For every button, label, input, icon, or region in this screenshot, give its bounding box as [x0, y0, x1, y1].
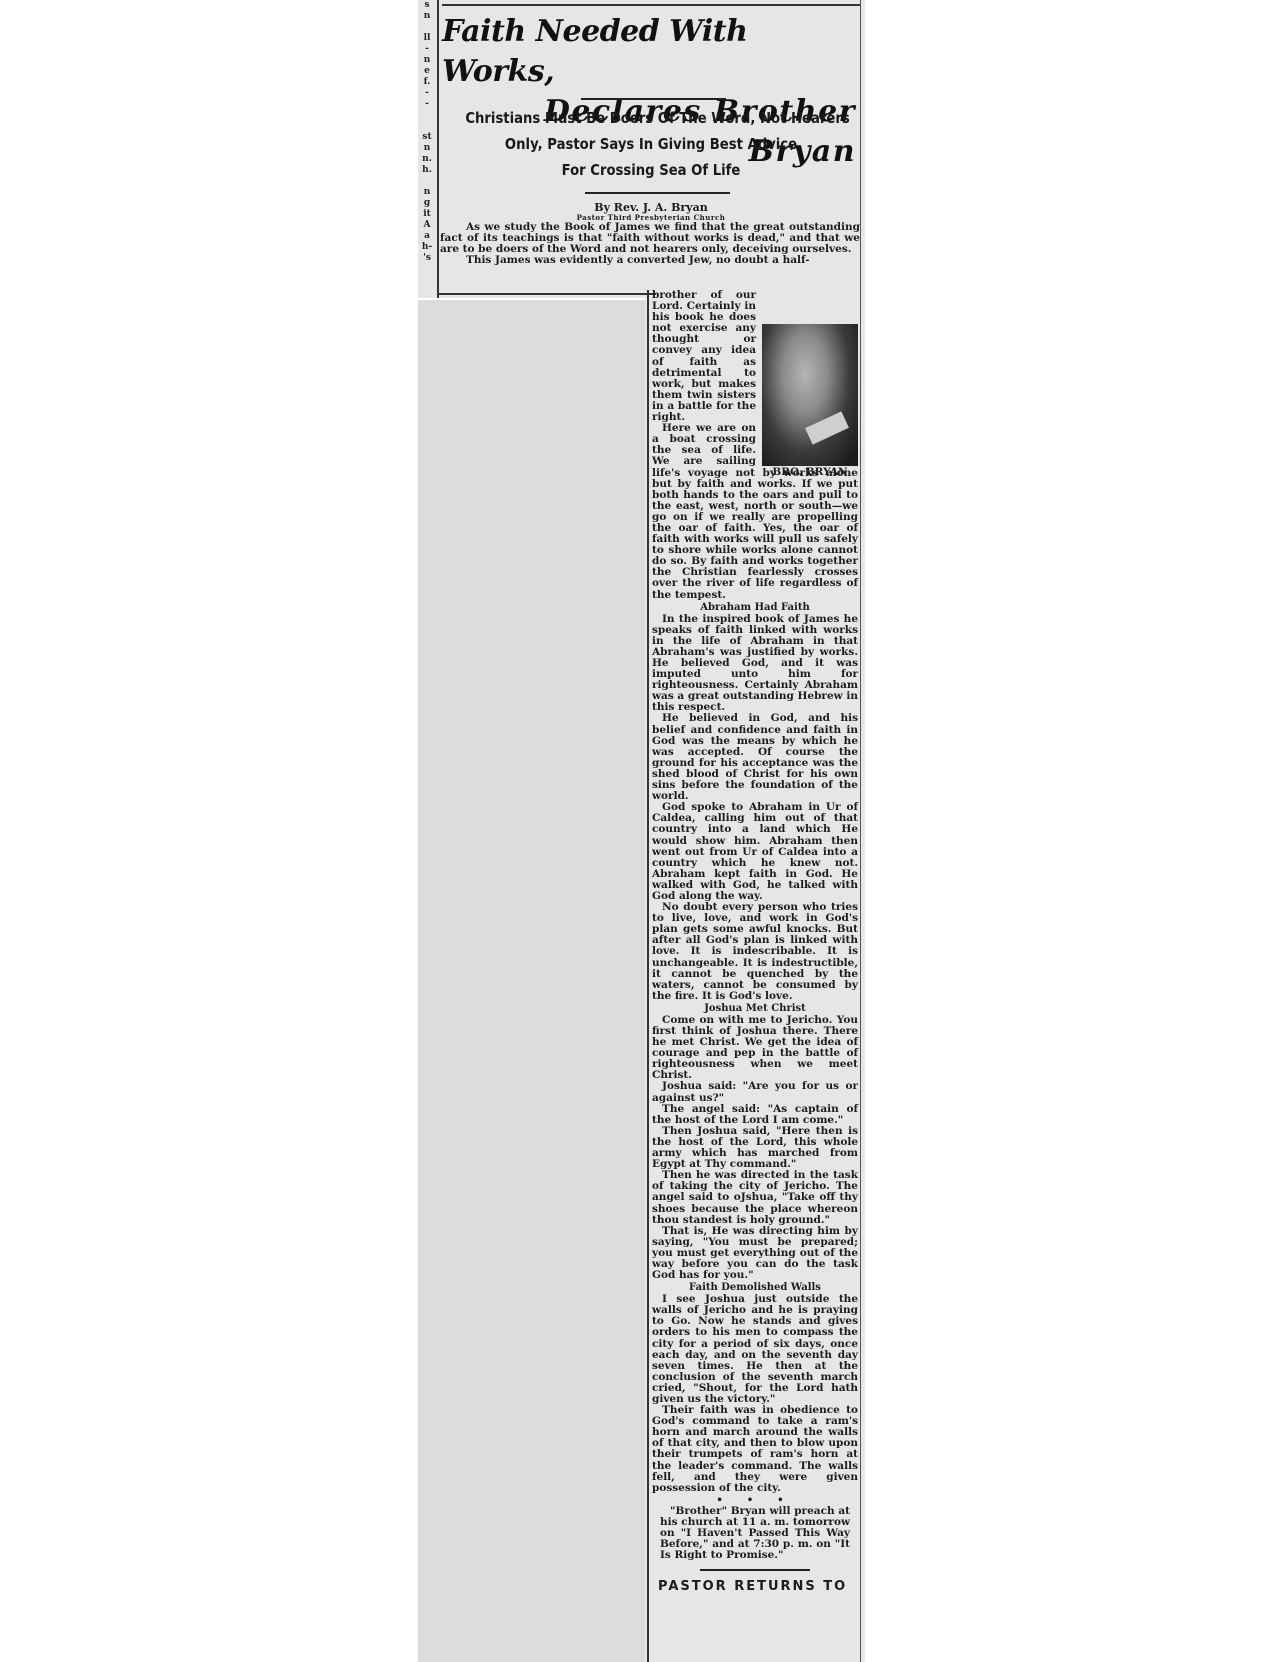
edge-fragment: ll — [418, 33, 436, 44]
edge-fragment: h- — [418, 242, 436, 253]
deck-rule — [585, 192, 730, 194]
service-note: "Brother" Bryan will preach at his churc… — [652, 1506, 858, 1561]
body-paragraph: Come on with me to Jericho. You first th… — [652, 1015, 858, 1082]
section-heading: Abraham Had Faith — [652, 602, 858, 614]
lead-paragraphs: As we study the Book of James we find th… — [440, 222, 860, 266]
edge-fragment: - — [418, 88, 436, 99]
edge-fragment: a — [418, 231, 436, 242]
body-paragraph: He believed in God, and his belief and c… — [652, 713, 858, 802]
right-edge-rule — [860, 0, 861, 1662]
byline: By Rev. J. A. Bryan Pastor Third Presbyt… — [440, 202, 862, 222]
edge-fragment: n. — [418, 154, 436, 165]
edge-fragment: 's — [418, 253, 436, 264]
photo-collar — [805, 411, 849, 444]
section-rule — [438, 293, 656, 295]
lead-paragraph: As we study the Book of James we find th… — [440, 222, 860, 255]
body-paragraph: No doubt every person who tries to live,… — [652, 902, 858, 1002]
deck-line-1: Christians Must Be Doers Of The Word, No… — [465, 105, 836, 131]
edge-fragment: A — [418, 220, 436, 231]
article-column: BRO. BRYAN brother of our Lord. Certainl… — [652, 290, 858, 1592]
edge-fragment: f. — [418, 77, 436, 88]
portrait-photo: BRO. BRYAN — [762, 324, 858, 466]
edge-fragment — [418, 110, 436, 121]
body-paragraph: Joshua said: "Are you for us or against … — [652, 1081, 858, 1103]
body-paragraph: Then Joshua said, "Here then is the host… — [652, 1126, 858, 1170]
deck-line-3: For Crossing Sea Of Life — [465, 157, 836, 183]
edge-fragment: n — [418, 187, 436, 198]
blank-clipped-area — [418, 298, 645, 1662]
subheadline-deck: Christians Must Be Doers Of The Word, No… — [465, 105, 836, 183]
body-paragraph: God spoke to Abraham in Ur of Caldea, ca… — [652, 802, 858, 902]
column-divider — [437, 0, 439, 298]
edge-fragment: n — [418, 11, 436, 22]
body-paragraph: Then he was directed in the task of taki… — [652, 1170, 858, 1225]
headline-rule — [581, 98, 726, 100]
photo-caption: BRO. BRYAN — [762, 467, 858, 478]
top-rule — [442, 4, 860, 6]
edge-fragment: g — [418, 198, 436, 209]
edge-fragment: n — [418, 143, 436, 154]
edge-fragment: n — [418, 55, 436, 66]
edge-fragment — [418, 22, 436, 33]
body-paragraph: I see Joshua just outside the walls of J… — [652, 1294, 858, 1405]
body-paragraph: In the inspired book of James he speaks … — [652, 614, 858, 714]
adjacent-column-fragment: sn ll-nef.-- stnn.h. ngitAah-'s — [418, 0, 436, 298]
edge-fragment: - — [418, 44, 436, 55]
edge-fragment: e — [418, 66, 436, 77]
end-rule — [700, 1569, 810, 1571]
deck-line-2: Only, Pastor Says In Giving Best Advice — [465, 131, 836, 157]
lead-paragraph: This James was evidently a converted Jew… — [440, 255, 860, 266]
edge-fragment — [418, 176, 436, 187]
body-paragraph: That is, He was directing him by saying,… — [652, 1226, 858, 1281]
body-paragraph: Their faith was in obedience to God's co… — [652, 1405, 858, 1494]
newspaper-clipping: sn ll-nef.-- stnn.h. ngitAah-'s Faith Ne… — [418, 0, 865, 1662]
edge-fragment: it — [418, 209, 436, 220]
edge-fragment: s — [418, 0, 436, 11]
next-article-headline: PASTOR RETURNS TO — [652, 1581, 858, 1592]
edge-fragment: st — [418, 132, 436, 143]
headline-line-1: Faith Needed With Works, — [440, 12, 862, 92]
edge-fragment: h. — [418, 165, 436, 176]
edge-fragment: - — [418, 99, 436, 110]
column-rule — [647, 290, 649, 1662]
body-paragraph: The angel said: "As captain of the host … — [652, 1104, 858, 1126]
edge-fragment — [418, 121, 436, 132]
